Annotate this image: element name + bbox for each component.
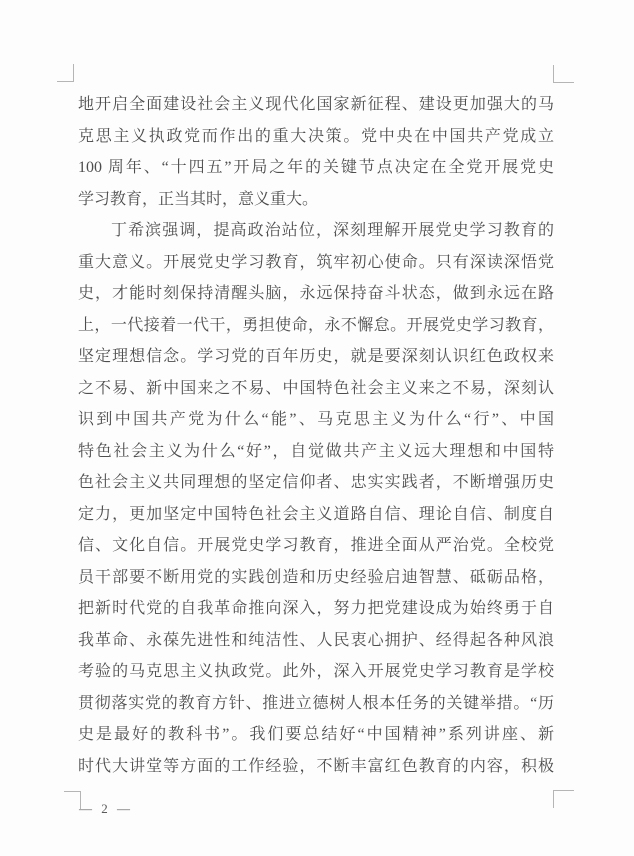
crop-mark-top-right [553, 65, 574, 83]
document-text: 地开启全面建设社会主义现代化国家新征程、建设更加强大的马克思主义执政党而作出的重… [78, 89, 554, 782]
crop-mark-bottom-right [553, 790, 574, 808]
text-line: 我革命、永葆先进性和纯洁性、人民衷心拥护、经得起各种风浪 [78, 625, 554, 657]
text-line: 员干部要不断用党的实践创造和历史经验启迪智慧、砥砺品格， [78, 562, 554, 594]
text-line: 把新时代党的自我革命推向深入，努力把党建设成为始终勇于自 [78, 593, 554, 625]
text-line: 学习教育，正当其时，意义重大。 [78, 184, 554, 216]
text-line: 重大意义。开展党史学习教育，筑牢初心使命。只有深读深悟党 [78, 247, 554, 279]
text-line: 特色社会主义为什么“好”，自觉做共产主义远大理想和中国特 [78, 436, 554, 468]
text-line: 色社会主义共同理想的坚定信仰者、忠实实践者，不断增强历史 [78, 467, 554, 499]
text-line: 丁希滨强调，提高政治站位，深刻理解开展党史学习教育的 [78, 215, 554, 247]
text-line: 100 周年、“十四五”开局之年的关键节点决定在全党开展党史 [78, 152, 554, 184]
page-number: — 2 — [79, 801, 133, 817]
text-line: 信、文化自信。开展党史学习教育，推进全面从严治党。全校党 [78, 530, 554, 562]
text-line: 地开启全面建设社会主义现代化国家新征程、建设更加强大的马 [78, 89, 554, 121]
text-line: 克思主义执政党而作出的重大决策。党中央在中国共产党成立 [78, 121, 554, 153]
text-line: 考验的马克思主义执政党。此外，深入开展党史学习教育是学校 [78, 656, 554, 688]
text-line: 史是最好的教科书”。我们要总结好“中国精神”系列讲座、新 [78, 719, 554, 751]
text-line: 识到中国共产党为什么“能”、马克思主义为什么“行”、中国 [78, 404, 554, 436]
text-line: 之不易、新中国来之不易、中国特色社会主义来之不易，深刻认 [78, 373, 554, 405]
text-line: 定力，更加坚定中国特色社会主义道路自信、理论自信、制度自 [78, 499, 554, 531]
text-line: 时代大讲堂等方面的工作经验，不断丰富红色教育的内容，积极 [78, 751, 554, 783]
crop-mark-top-left [57, 64, 74, 82]
text-line: 贯彻落实党的教育方针、推进立德树人根本任务的关键举措。“历 [78, 688, 554, 720]
text-line: 史，才能时刻保持清醒头脑，永远保持奋斗状态，做到永远在路 [78, 278, 554, 310]
document-page: 地开启全面建设社会主义现代化国家新征程、建设更加强大的马克思主义执政党而作出的重… [0, 0, 634, 856]
text-line: 坚定理想信念。学习党的百年历史，就是要深刻认识红色政权来 [78, 341, 554, 373]
text-line: 上，一代接着一代干，勇担使命，永不懈怠。开展党史学习教育， [78, 310, 554, 342]
